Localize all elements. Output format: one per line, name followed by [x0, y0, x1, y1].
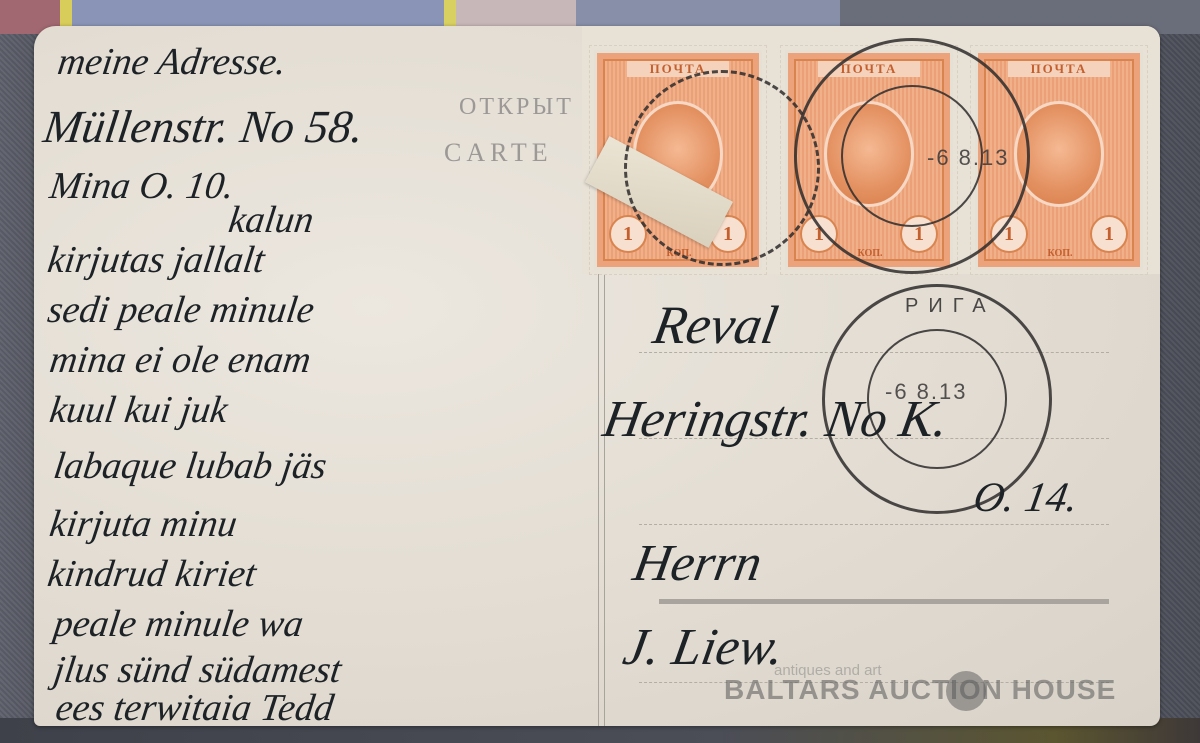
message-line: Müllenstr. No 58. — [40, 100, 367, 153]
message-line: meine Adresse. — [55, 40, 289, 84]
address-city: Reval — [649, 294, 783, 356]
stamp-value: 1 — [1090, 215, 1128, 253]
printed-header-french: CARTE — [444, 138, 553, 168]
message-line: kirjuta minu — [47, 502, 240, 546]
postmark-cancel — [624, 70, 820, 266]
message-line: mina ei ole enam — [47, 338, 314, 382]
stamp-denomination: КОП. — [1030, 248, 1090, 259]
stamp-label: ПОЧТА — [1008, 61, 1110, 77]
postmark-date: -6 8.13 — [927, 145, 1010, 171]
address-line-bold — [659, 599, 1109, 604]
postmark-place: РИГА — [905, 295, 996, 318]
message-line: kindrud kiriet — [45, 552, 259, 596]
address-recipient: J. Liew. — [619, 618, 789, 677]
message-line: labaque lubab jäs — [51, 444, 330, 488]
message-line: kalun — [226, 198, 317, 242]
address-line — [639, 524, 1109, 525]
watermark: BALTARS AUCTION HOUSE — [724, 674, 1116, 706]
message-line: Mina O. 10. — [47, 164, 237, 208]
postcard: ОТКРЫТ CARTE ПОЧТА 1 КОП. 1 ПОЧТА 1 КОП.… — [34, 26, 1160, 726]
address-street: Heringstr. No K. — [599, 390, 953, 449]
message-line: kuul kui juk — [47, 388, 230, 432]
message-line: ees terwitaia Tedd — [53, 686, 336, 726]
message-line: peale minule wa — [51, 602, 306, 646]
address-apartment: O. 14. — [970, 474, 1082, 522]
message-line: sedi peale minule — [45, 288, 317, 332]
address-salutation: Herrn — [629, 534, 767, 593]
message-line: kirjutas jallalt — [45, 238, 268, 282]
printed-header-russian: ОТКРЫТ — [459, 94, 574, 121]
postmark-cancel: -6 8.13 — [794, 38, 1030, 274]
vertical-divider — [598, 266, 605, 726]
